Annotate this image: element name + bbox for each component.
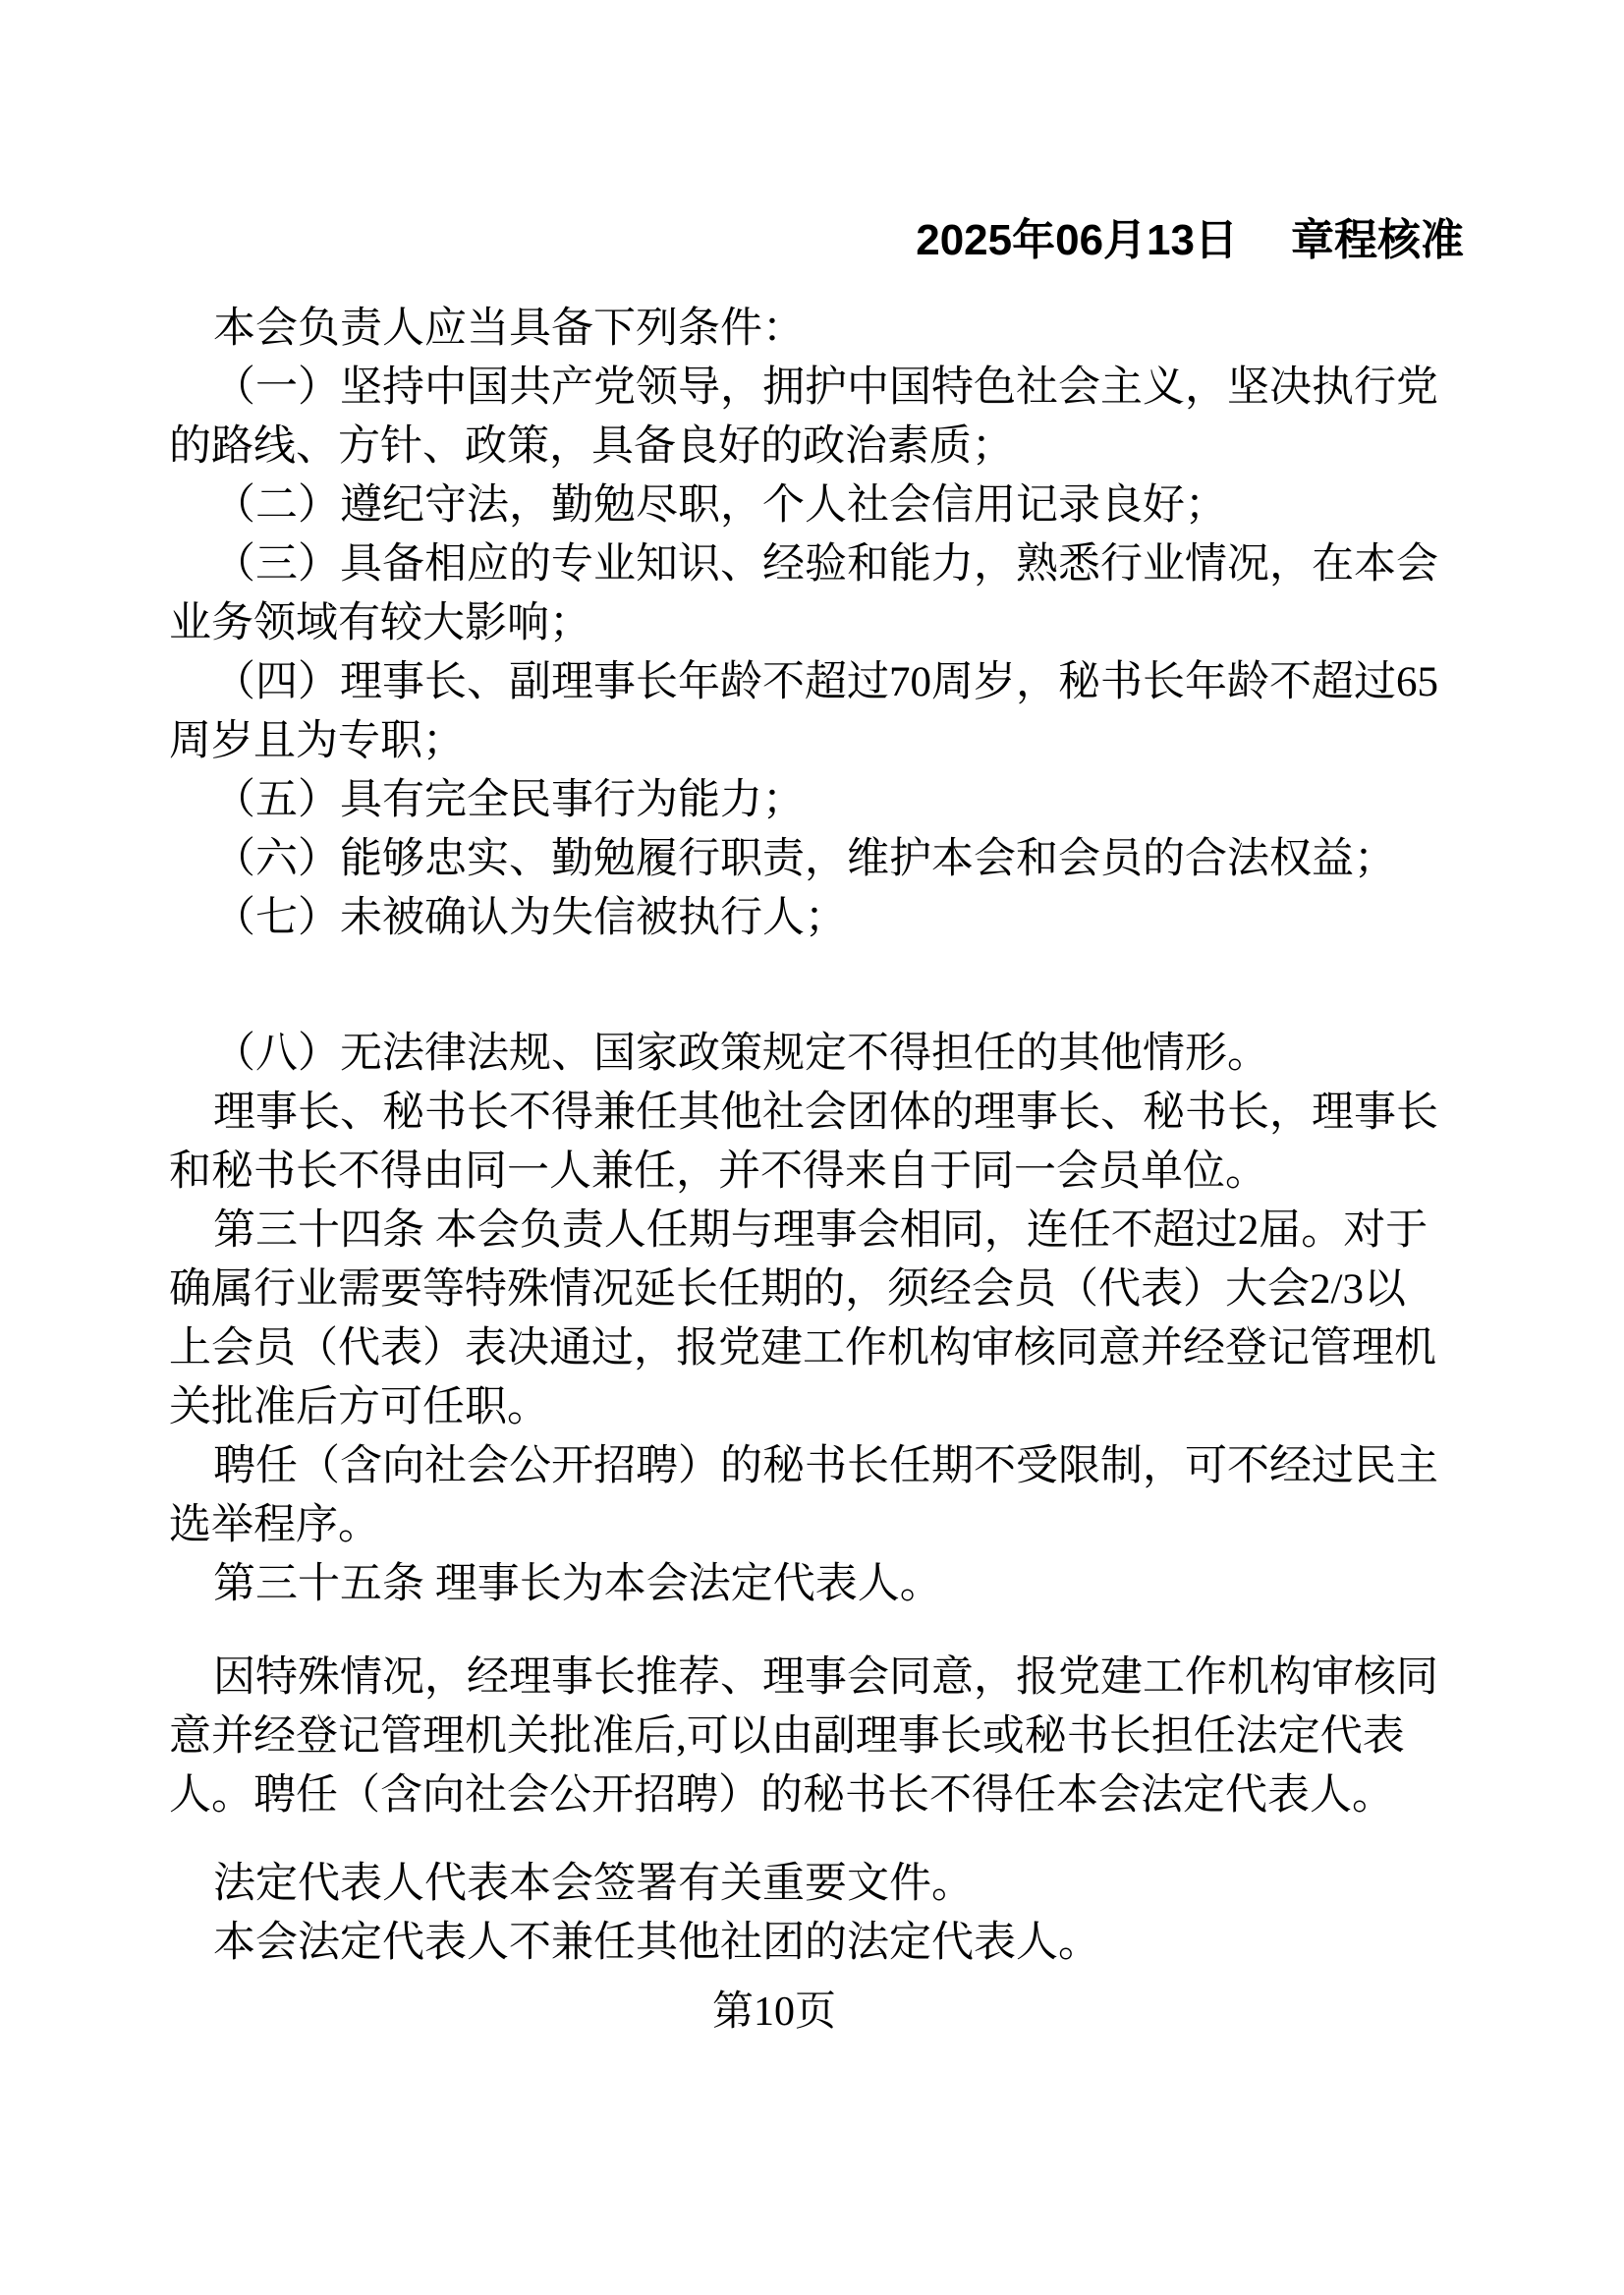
text-line: 上会员（代表）表决通过，报党建工作机构审核同意并经登记管理机 <box>169 1319 1466 1378</box>
text-line: 本会负责人应当具备下列条件： <box>169 300 1466 359</box>
document-body: 本会负责人应当具备下列条件：（一）坚持中国共产党领导，拥护中国特色社会主义，坚决… <box>169 300 1466 2042</box>
approval-header: 2025年06月13日章程核准 <box>916 216 1464 265</box>
text-line: 和秘书长不得由同一人兼任，并不得来自于同一会员单位。 <box>169 1143 1466 1202</box>
text-line: 本会法定代表人不兼任其他社团的法定代表人。 <box>169 1914 1466 1973</box>
approval-date: 2025年06月13日 <box>916 216 1238 264</box>
text-line: （四）理事长、副理事长年龄不超过70周岁，秘书长年龄不超过65 <box>169 653 1466 712</box>
text-line: 第三十四条 本会负责人任期与理事会相同，连任不超过2届。对于 <box>169 1202 1466 1260</box>
text-line: 法定代表人代表本会签署有关重要文件。 <box>169 1855 1466 1914</box>
text-line: （五）具有完全民事行为能力； <box>169 771 1466 830</box>
text-line: 聘任（含向社会公开招聘）的秘书长任期不受限制，可不经过民主 <box>169 1437 1466 1496</box>
text-line: （二）遵纪守法，勤勉尽职，个人社会信用记录良好； <box>169 476 1466 535</box>
paragraph-container: 本会负责人应当具备下列条件：（一）坚持中国共产党领导，拥护中国特色社会主义，坚决… <box>169 300 1466 1973</box>
page-number: 第10页 <box>126 1983 1423 2042</box>
text-line: 的路线、方针、政策，具备良好的政治素质； <box>169 418 1466 476</box>
text-line: （六）能够忠实、勤勉履行职责，维护本会和会员的合法权益； <box>169 830 1466 889</box>
text-line: 意并经登记管理机关批准后,可以由副理事长或秘书长担任法定代表 <box>169 1707 1466 1766</box>
text-line: 人。聘任（含向社会公开招聘）的秘书长不得任本会法定代表人。 <box>169 1766 1466 1825</box>
document-page: 2025年06月13日章程核准 本会负责人应当具备下列条件：（一）坚持中国共产党… <box>0 0 1624 2295</box>
text-line: （三）具备相应的专业知识、经验和能力，熟悉行业情况，在本会 <box>169 535 1466 594</box>
text-line: （八）无法律法规、国家政策规定不得担任的其他情形。 <box>169 1025 1466 1084</box>
text-line: （一）坚持中国共产党领导，拥护中国特色社会主义，坚决执行党 <box>169 359 1466 418</box>
text-line: 选举程序。 <box>169 1496 1466 1555</box>
approval-title: 章程核准 <box>1291 216 1464 264</box>
text-line: 因特殊情况，经理事长推荐、理事会同意，报党建工作机构审核同 <box>169 1649 1466 1707</box>
text-line: 第三十五条 理事长为本会法定代表人。 <box>169 1555 1466 1614</box>
text-line: 关批准后方可任职。 <box>169 1378 1466 1437</box>
text-line: 周岁且为专职； <box>169 712 1466 771</box>
text-line: （七）未被确认为失信被执行人； <box>169 889 1466 948</box>
text-line: 业务领域有较大影响； <box>169 594 1466 653</box>
text-line: 理事长、秘书长不得兼任其他社会团体的理事长、秘书长，理事长 <box>169 1084 1466 1143</box>
text-line: 确属行业需要等特殊情况延长任期的，须经会员（代表）大会2/3以 <box>169 1260 1466 1319</box>
